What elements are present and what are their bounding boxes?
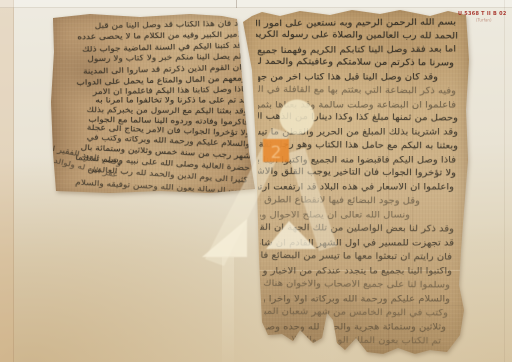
manuscript-scan-page: وبعد فان هذا الكتاب قد وصل الينا من قبلا… [0,0,512,362]
manuscript-text-line: ونسال الله تعالى ان يصلح الاحوال ويفتح ا… [260,211,410,221]
manuscript-text-line: غفر الله له ولوالديه ولمن دعا [52,157,118,180]
paper-crease-horizontal [242,305,470,306]
paper-crease-vertical [388,8,389,362]
manuscript-text-line: بسم الله الرحمن الرحيم وبه نستعين على ام… [256,18,456,29]
mount-left-edge-strip [0,0,14,362]
manuscript-text-line: وقد اشترينا بذلك المبلغ من الحرير والقطن… [258,128,458,138]
shelfmark-stamp-line1: U 5368 T II B 02 [458,11,507,17]
manuscript-text-line: واكتبوا الينا بجميع ما يتجدد عندكم من ال… [262,267,452,277]
manuscript-text-line: فاكرموا وفادته وردوه الينا سالما مع الجو… [54,116,249,128]
manuscript-text-line: تمت الرسالة بعون الله وحسن توفيقه والسلا… [70,179,245,196]
manuscript-text-line: وقد كان وصل الينا قبل هذا كتاب آخر من جه… [258,73,438,83]
paper-left: وبعد فان هذا الكتاب قد وصل الينا من قبلا… [50,12,256,196]
manuscript-text-line: ومعهم من المال والمتاع ما يحمل على الدوا… [56,75,246,89]
watermark-vertical-stripe [222,257,234,362]
paper-crease-vertical [412,8,413,362]
manuscript-text-line: وبعد فان هذا الكتاب قد وصل الينا من قبل [80,20,250,32]
paper-right: بسم الله الرحمن الرحيم وبه نستعين على ام… [242,8,470,362]
watermark-left-foot-triangle [202,219,247,257]
manuscript-text-line: وسلموا لنا على جميع الاصحاب والاخوان هنا… [262,279,450,290]
manuscript-text-line: والسلام عليكم ورحمة الله وبركاته وكتب في [53,132,250,149]
manuscript-text-line: وسرنا ما ذكرتم من سلامتكم وعافيتكم والحم… [258,57,454,68]
manuscript-text-line: فاذا وصل اليكم فاقبضوا منه الجميع واكتبو… [258,156,456,166]
manuscript-text-line: قد تم على ما ذكرنا ولا تخالفوا ما امرنا … [55,97,248,106]
manuscript-text-line: فان رايتم ان تبعثوا معها ما تيسر من البض… [260,251,452,262]
manuscript-text-line: وقل وجود البضائع فيها لانقطاع الطرق بسبب… [260,196,420,207]
manuscript-text-line: الامير الكبير وفيه من الكلام ما لا يحصى … [60,31,245,43]
manuscript-text-line: وقد ذكر لنا بعض الواصلين من تلك الجهة ان… [260,223,454,234]
manuscript-text-line: وقد بعثنا اليكم مع الرسول من يخبركم بذلك [55,106,248,116]
manuscript-text-line: شهر رجب من سنة خمس وثلاثين وستمائة بال [53,143,251,162]
manuscript-text-line: واعلموا ان الاسعار في هذه البلاد قد ارتف… [258,183,454,193]
manuscript-text-line: فاعلموا ان البضاعة وصلت سالمة وقد بعناها… [258,101,456,111]
manuscript-text-line: فلم يصل الينا منكم خبر ولا كتاب ولا رسول [58,53,246,65]
shelfmark-stamp-line2: (Turfan) [476,18,492,23]
manuscript-text-line: ولا تؤخروا الجواب فان التاخير يوجب القلق… [258,167,456,178]
manuscript-text-line: والسلام عليكم ورحمة الله وبركاته اولا وآ… [264,295,450,305]
manuscript-text-line: وان القوم الذين ذكرتم قد ساروا الى المدي… [56,64,246,78]
manuscript-text-line: وثلاثين وستمائة هجرية والحمد لله وحده وص… [266,323,446,333]
manuscript-fragment-left: وبعد فان هذا الكتاب قد وصل الينا من قبلا… [50,12,256,196]
paper-crease-horizontal [242,270,470,271]
manuscript-text-line: ولا تؤخروا الجواب فان الامر يحتاج الى عج… [54,123,250,139]
manuscript-text-line: اما بعد فقد وصل الينا كتابكم الكريم وفهم… [256,45,456,56]
manuscript-text-line: وكتب في اليوم الخامس من شهر شعبان المبار… [264,307,448,318]
mount-top-edge-strip [0,0,512,8]
manuscript-text-line: وبعثنا به اليكم مع حامل هذا الكتاب وهو ر… [258,140,458,151]
manuscript-text-line: وحصل من ثمنها مبلغ كذا وكذا دينارا من ال… [258,112,458,123]
manuscript-text-line: كثيرا الى يوم الدين والحمد لله رب العالم… [52,163,248,185]
mount-right-seam [504,0,505,362]
mount-top-tick-mark [236,0,237,8]
manuscript-text-line: وكتب العبد الفقير الى رحمة ربه [52,145,122,168]
manuscript-text-line: وقد كتبنا اليكم في السنة الماضية جواب ذل… [58,42,246,56]
manuscript-text-line: وفيه ذكر البضاعة التي بعثتم بها مع القاف… [258,85,456,96]
manuscript-text-line: قد تجهزت للمسير في اول الشهر القادم ان ش… [260,239,454,249]
manuscript-text-line: الحمد لله رب العالمين والصلاة على رسوله … [256,30,458,41]
manuscript-text-line: حضرة العالية وصلى الله على نبيه وسلم تسل… [52,153,250,174]
manuscript-text-line: تم الكتاب بعون الملك الوهاب والسلام على … [266,335,441,346]
manuscript-text-line: فاذا وصل كتابنا هذا اليكم فاعلموا ان الا… [56,86,248,98]
manuscript-fragment-right: بسم الله الرحمن الرحيم وبه نستعين على ام… [242,8,470,362]
